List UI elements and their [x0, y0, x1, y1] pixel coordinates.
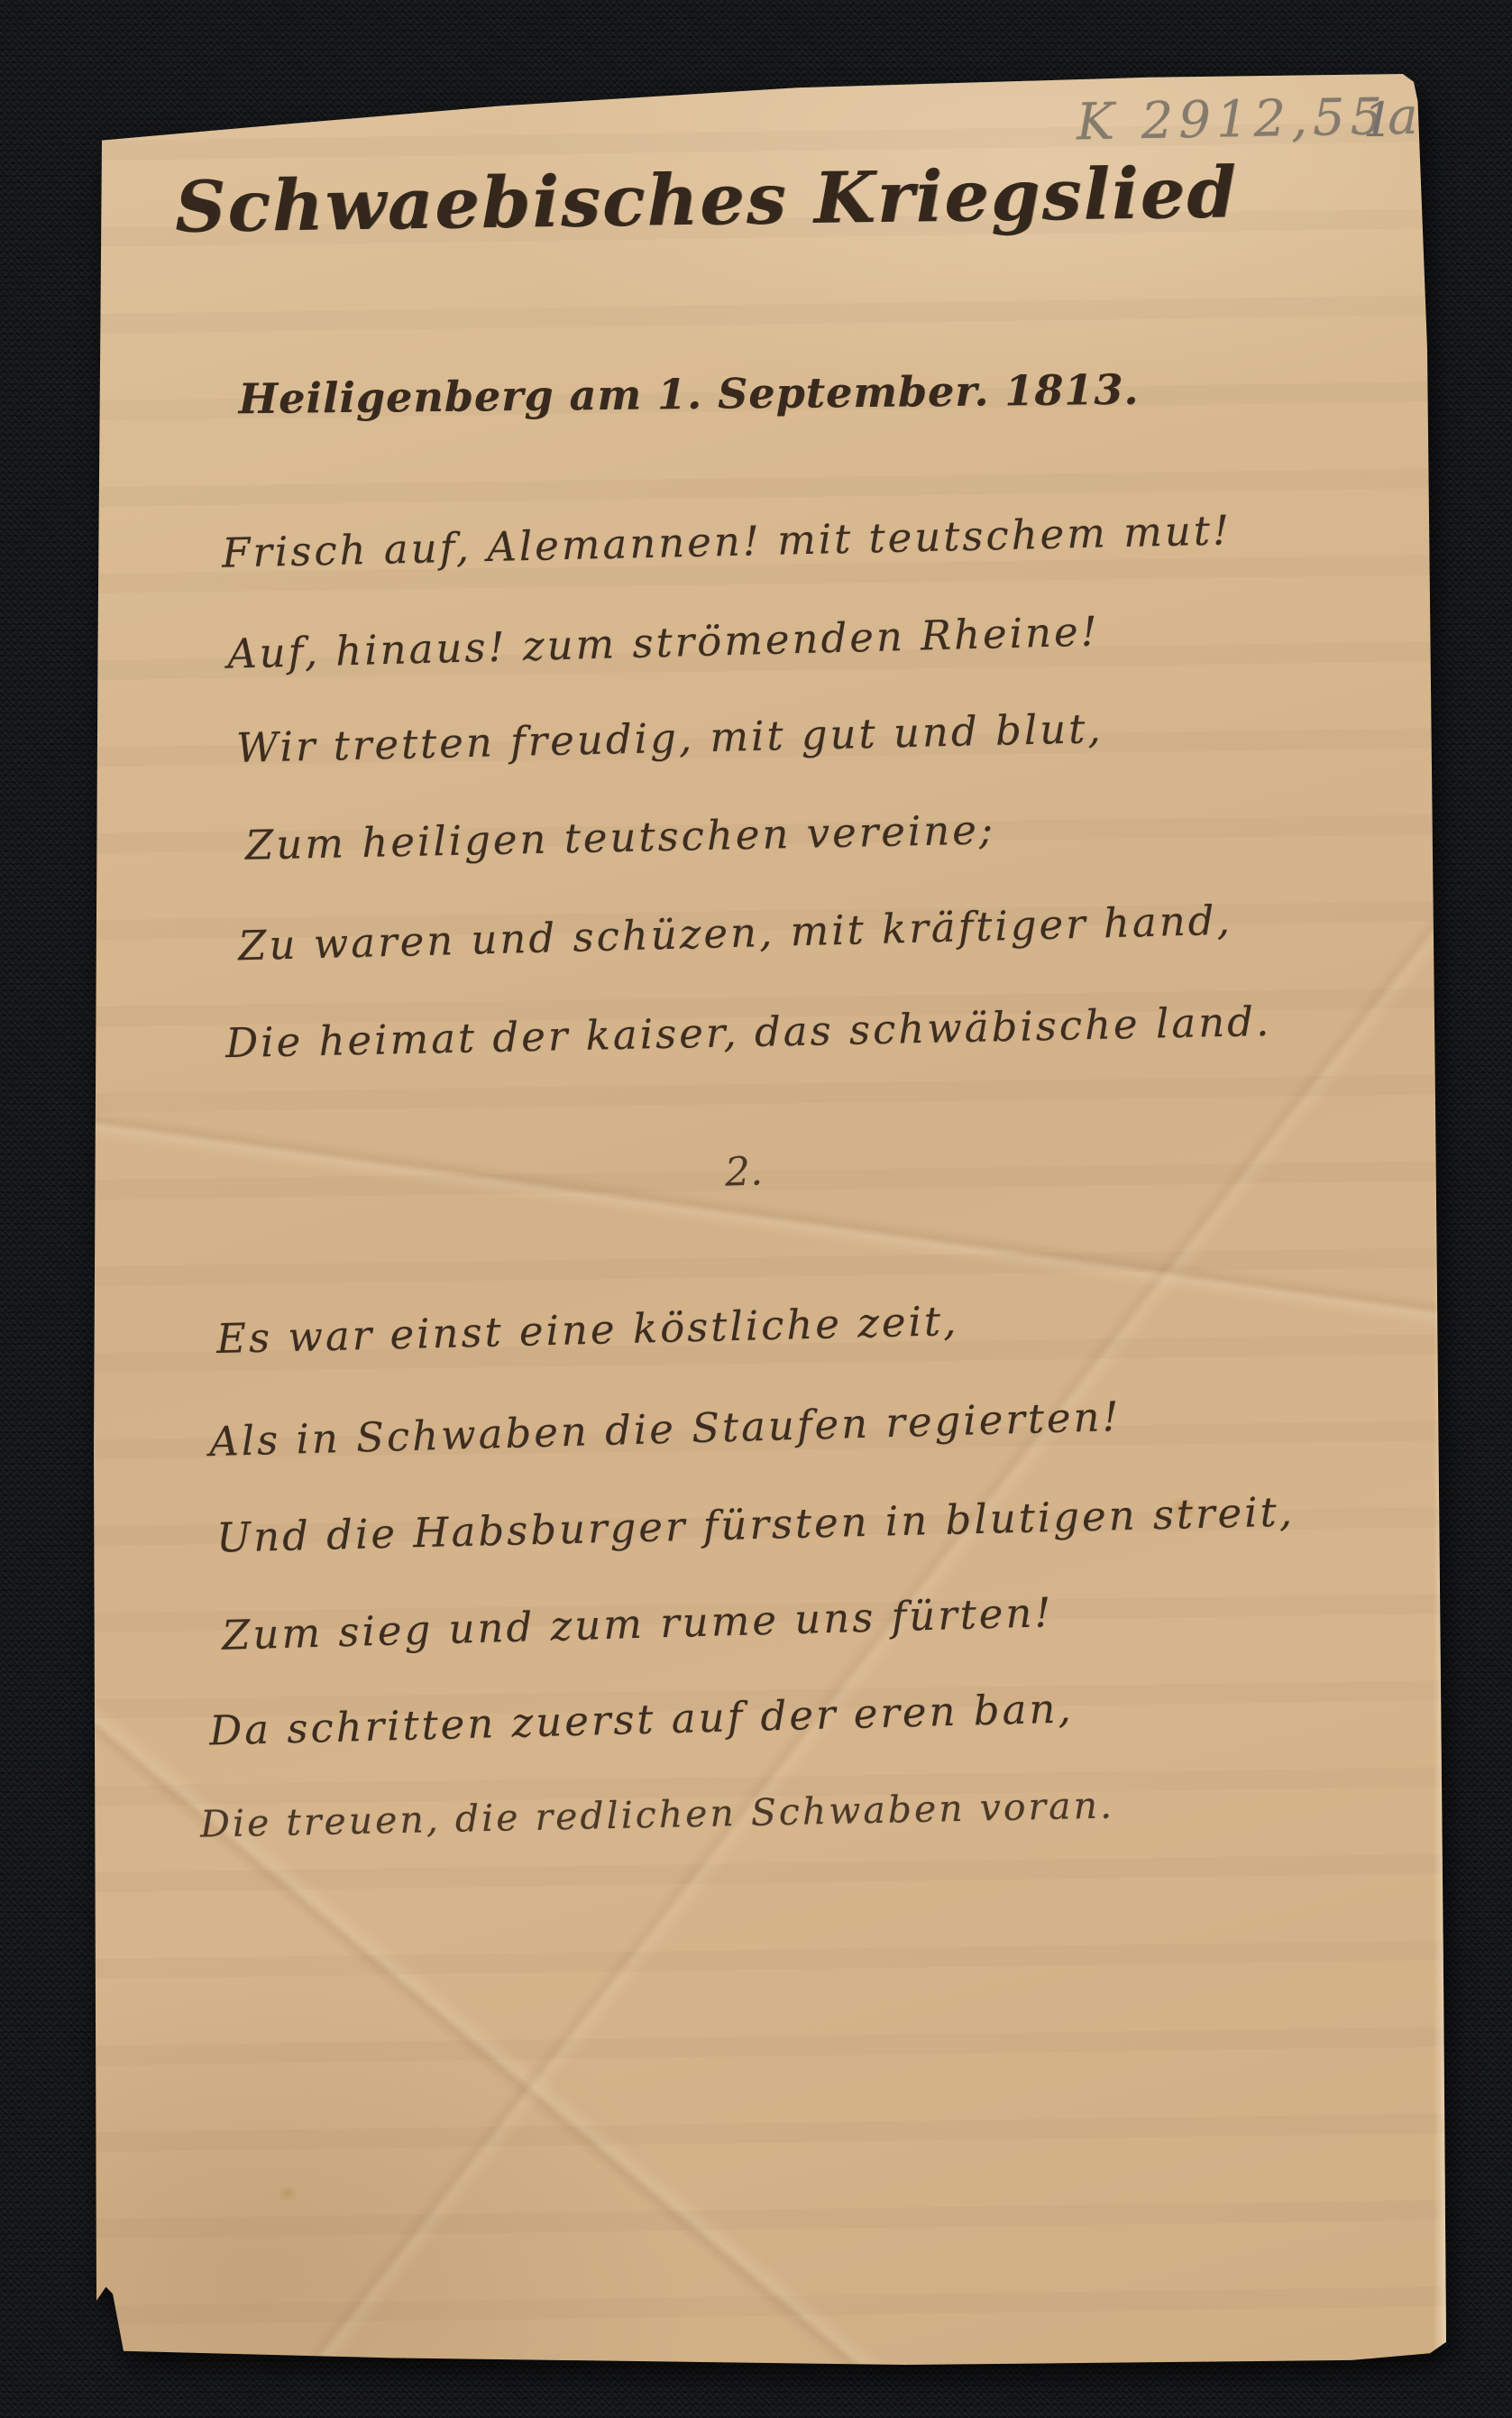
manuscript-page: K 2912,55a 1 Schwaebisches Kriegslied He… [94, 74, 1446, 2365]
paper-sheet: K 2912,55a 1 Schwaebisches Kriegslied He… [94, 74, 1446, 2365]
stanza-2-number: 2. [724, 1148, 764, 1195]
verse-line: Die treuen, die redlichen Schwaben voran… [200, 1783, 1115, 1845]
verse-line: Zu waren und schüzen, mit kräftiger hand… [237, 896, 1233, 970]
verse-line: Zum heiligen teutschen vereine; [245, 805, 996, 869]
verse-line: Zum sieg und zum rume uns fürten! [221, 1588, 1054, 1660]
page-number: 1 [1363, 94, 1398, 148]
verse-line: Die heimat der kaiser, das schwäbische l… [225, 998, 1272, 1067]
document-title: Schwaebisches Kriegslied [174, 152, 1185, 249]
verse-line: Auf, hinaus! zum strömenden Rheine! [226, 607, 1100, 677]
verse-line: Und die Habsburger fürsten in blutigen s… [216, 1487, 1296, 1561]
photo-stage: K 2912,55a 1 Schwaebisches Kriegslied He… [0, 0, 1512, 2418]
verse-line: Als in Schwaben die Staufen regierten! [208, 1393, 1122, 1466]
verse-line: Frisch auf, Alemannen! mit teutschem mut… [222, 506, 1233, 576]
document-dateline: Heiligenberg am 1. September. 1813. [202, 364, 1177, 423]
verse-line: Da schritten zuerst auf der eren ban, [208, 1684, 1074, 1754]
verse-line: Wir tretten freudig, mit gut und blut, [236, 704, 1104, 772]
verse-line: Es war einst eine köstliche zeit, [215, 1297, 958, 1363]
